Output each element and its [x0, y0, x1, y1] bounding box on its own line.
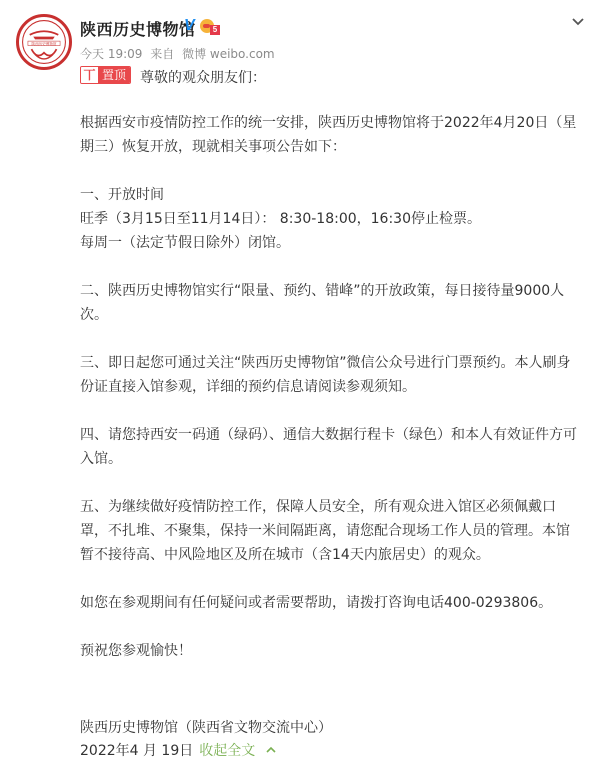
- chevron-down-icon[interactable]: [571, 14, 585, 28]
- section-4: 四、请您持西安一码通（绿码）、通信大数据行程卡（绿色）和本人有效证件方可入馆。: [80, 423, 580, 471]
- member-level-icon[interactable]: 5: [200, 17, 220, 35]
- section-1-hours: 旺季（3月15日至11月14日）： 8:30-18:00，16:30停止检票。: [80, 207, 580, 231]
- post-source: 微博 weibo.com: [182, 47, 275, 61]
- source-prefix: 来自: [150, 47, 174, 61]
- signature-date: 2022年4 月 19日: [80, 740, 193, 760]
- pinned-label: 置顶: [98, 67, 130, 83]
- collapse-full-text-link[interactable]: 收起全文: [199, 740, 255, 760]
- svg-text:陕西历史博物馆: 陕西历史博物馆: [32, 41, 57, 46]
- post-greeting: 尊敬的观众朋友们：: [140, 67, 266, 87]
- closing-wish: 预祝您参观愉快！: [80, 639, 580, 663]
- paragraph-intro: 根据西安市疫情防控工作的统一安排，陕西历史博物馆将于2022年4月20日（星期三…: [80, 111, 580, 159]
- pin-icon: 丅: [81, 67, 98, 83]
- section-1-title: 一、开放时间: [80, 183, 580, 207]
- museum-logo-icon: 陕西历史博物馆: [19, 17, 69, 67]
- section-1-closed: 每周一（法定节假日除外）闭馆。: [80, 231, 580, 255]
- section-2: 二、陕西历史博物馆实行“限量、预约、错峰”的开放政策，每日接待量9000人次。: [80, 279, 580, 327]
- post-footer: 2022年4 月 19日 收起全文: [80, 740, 277, 760]
- signature: 陕西历史博物馆（陕西省文物交流中心）: [80, 717, 332, 737]
- chevron-up-icon[interactable]: [265, 744, 277, 756]
- level-number: 5: [210, 25, 220, 35]
- verified-icon: V: [184, 17, 195, 35]
- author-name[interactable]: 陕西历史博物馆: [80, 17, 196, 40]
- post-body: 根据西安市疫情防控工作的统一安排，陕西历史博物馆将于2022年4月20日（星期三…: [80, 111, 580, 663]
- pinned-badge: 丅 置顶: [80, 66, 131, 84]
- contact-paragraph: 如您在参观期间有任何疑问或者需要帮助，请拨打咨询电话400-0293806。: [80, 591, 580, 615]
- post-meta: 今天 19:09 来自 微博 weibo.com: [80, 45, 279, 62]
- post-time[interactable]: 今天 19:09: [80, 47, 142, 61]
- section-3: 三、即日起您可通过关注“陕西历史博物馆”微信公众号进行门票预约。本人刷身份证直接…: [80, 351, 580, 399]
- avatar[interactable]: 陕西历史博物馆: [16, 14, 72, 70]
- section-5: 五、为继续做好疫情防控工作，保障人员安全，所有观众进入馆区必须佩戴口罩，不扎堆、…: [80, 495, 580, 567]
